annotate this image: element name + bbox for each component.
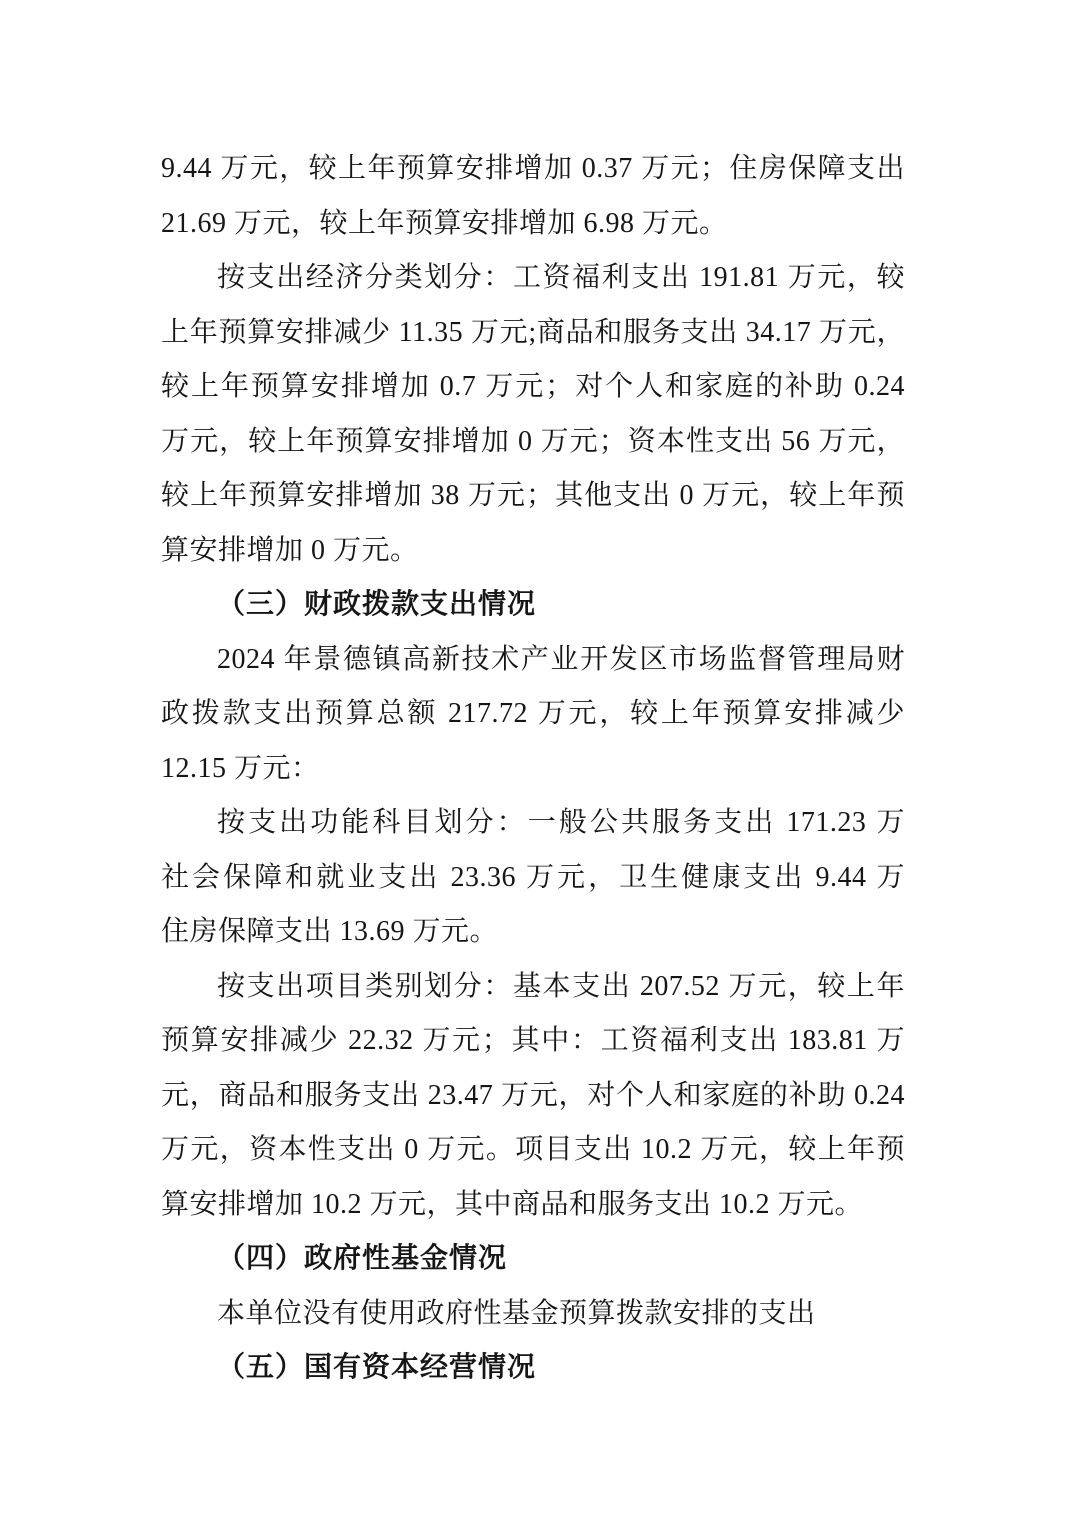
body-line: 元，商品和服务支出 23.47 万元，对个人和家庭的补助 0.24 xyxy=(161,1069,905,1124)
body-line-paragraph-start: 按支出经济分类划分：工资福利支出 191.81 万元，较 xyxy=(161,251,905,306)
body-line-paragraph-start: 2024 年景德镇高新技术产业开发区市场监督管理局财 xyxy=(161,633,905,688)
body-line: 算安排增加 10.2 万元，其中商品和服务支出 10.2 万元。 xyxy=(161,1178,905,1233)
body-line-paragraph-start: 按支出项目类别划分：基本支出 207.52 万元，较上年 xyxy=(161,960,905,1015)
body-line: 住房保障支出 13.69 万元。 xyxy=(161,905,905,960)
body-line: 上年预算安排减少 11.35 万元;商品和服务支出 34.17 万元， xyxy=(161,306,905,361)
body-line-paragraph-start: 按支出功能科目划分：一般公共服务支出 171.23 万元， xyxy=(161,796,905,851)
document-page: 9.44 万元，较上年预算安排增加 0.37 万元；住房保障支出 21.69 万… xyxy=(0,0,1074,1520)
section-heading-government-fund: （四）政府性基金情况 xyxy=(161,1232,905,1287)
section-heading-state-capital-operation: （五）国有资本经营情况 xyxy=(161,1341,905,1396)
body-line: 算安排增加 0 万元。 xyxy=(161,524,905,579)
body-line: 较上年预算安排增加 38 万元；其他支出 0 万元，较上年预 xyxy=(161,469,905,524)
text-column: 9.44 万元，较上年预算安排增加 0.37 万元；住房保障支出 21.69 万… xyxy=(161,142,905,1396)
body-line: 社会保障和就业支出 23.36 万元，卫生健康支出 9.44 万元， xyxy=(161,851,905,906)
body-line: 万元，资本性支出 0 万元。项目支出 10.2 万元，较上年预 xyxy=(161,1123,905,1178)
section-heading-fiscal-appropriation-expenditure: （三）财政拨款支出情况 xyxy=(161,578,905,633)
body-line: 9.44 万元，较上年预算安排增加 0.37 万元；住房保障支出 xyxy=(161,142,905,197)
body-line: 预算安排减少 22.32 万元；其中：工资福利支出 183.81 万 xyxy=(161,1014,905,1069)
body-line: 较上年预算安排增加 0.7 万元；对个人和家庭的补助 0.24 xyxy=(161,360,905,415)
body-line: 12.15 万元： xyxy=(161,742,905,797)
body-line-paragraph-start: 本单位没有使用政府性基金预算拨款安排的支出 xyxy=(161,1287,905,1342)
body-line: 21.69 万元，较上年预算安排增加 6.98 万元。 xyxy=(161,197,905,252)
body-line: 政拨款支出预算总额 217.72 万元，较上年预算安排减少 xyxy=(161,687,905,742)
body-line: 万元，较上年预算安排增加 0 万元；资本性支出 56 万元， xyxy=(161,415,905,470)
